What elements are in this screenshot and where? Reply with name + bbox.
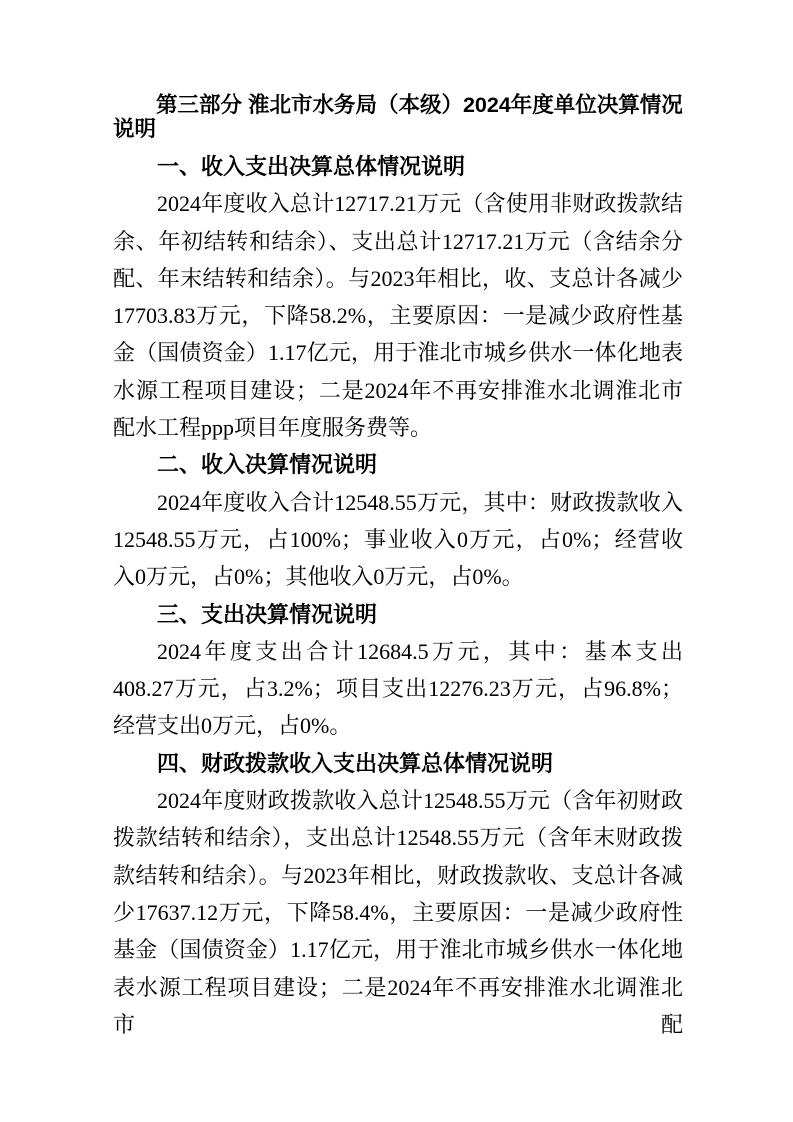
section-paragraph: 2024年度财政拨款收入总计12548.55万元（含年初财政拨款结转和结余），支… [113, 782, 683, 1043]
section-heading: 二、收入决算情况说明 [113, 446, 683, 483]
section-fiscal-appropriation-overview: 四、财政拨款收入支出决算总体情况说明 2024年度财政拨款收入总计12548.5… [113, 745, 683, 1043]
section-income-expenditure-overview: 一、收入支出决算总体情况说明 2024年度收入总计12717.21万元（含使用非… [113, 148, 683, 446]
section-heading: 三、支出决算情况说明 [113, 596, 683, 633]
document-content: 第三部分 淮北市水务局（本级）2024年度单位决算情况说明 一、收入支出决算总体… [113, 93, 683, 1043]
section-expenditure-details: 三、支出决算情况说明 2024年度支出合计12684.5万元，其中：基本支出40… [113, 596, 683, 745]
section-income-details: 二、收入决算情况说明 2024年度收入合计12548.55万元，其中：财政拨款收… [113, 446, 683, 595]
section-paragraph: 2024年度支出合计12684.5万元，其中：基本支出408.27万元，占3.2… [113, 633, 683, 745]
section-heading: 四、财政拨款收入支出决算总体情况说明 [113, 745, 683, 782]
document-title: 第三部分 淮北市水务局（本级）2024年度单位决算情况说明 [113, 93, 693, 141]
section-heading: 一、收入支出决算总体情况说明 [113, 148, 683, 185]
section-paragraph: 2024年度收入总计12717.21万元（含使用非财政拨款结余、年初结转和结余）… [113, 185, 683, 446]
section-paragraph: 2024年度收入合计12548.55万元，其中：财政拨款收入12548.55万元… [113, 484, 683, 596]
document-page: 第三部分 淮北市水务局（本级）2024年度单位决算情况说明 一、收入支出决算总体… [0, 0, 793, 1122]
